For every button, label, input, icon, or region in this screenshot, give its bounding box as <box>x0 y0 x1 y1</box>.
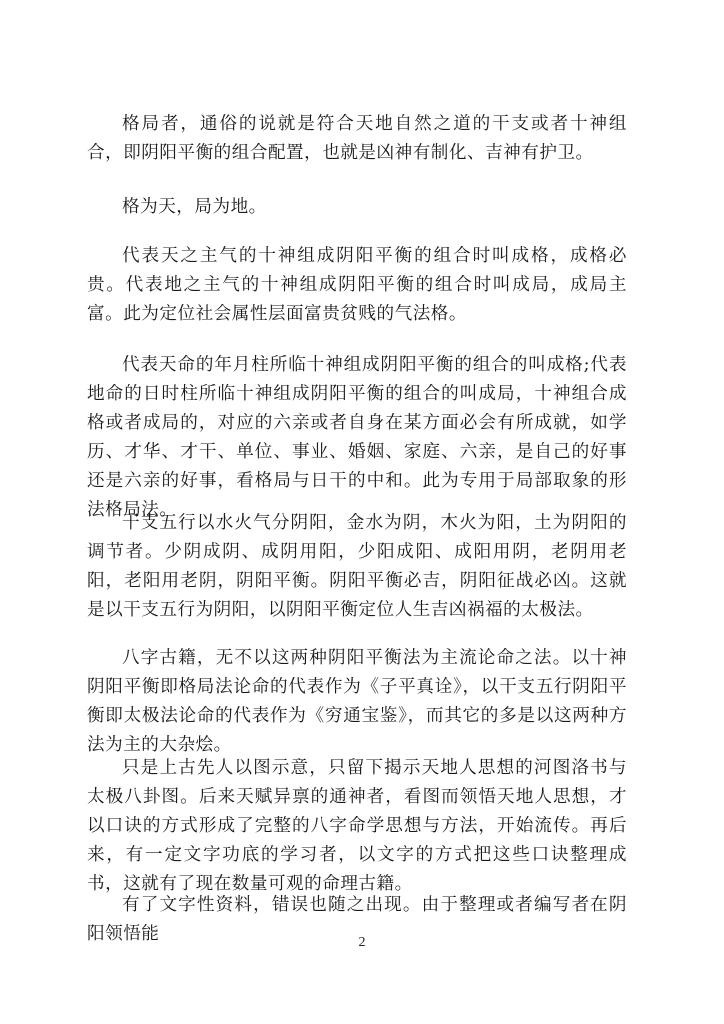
paragraph-1: 格局者，通俗的说就是符合天地自然之道的干支或者十神组合，即阴阳平衡的组合配置，也… <box>87 110 627 168</box>
document-page: 格局者，通俗的说就是符合天地自然之道的干支或者十神组合，即阴阳平衡的组合配置，也… <box>0 0 724 1024</box>
paragraph-4: 代表天命的年月柱所临十神组成阴阳平衡的组合的叫成格;代表地命的日时柱所临十神组成… <box>87 351 627 525</box>
paragraph-7: 只是上古先人以图示意，只留下揭示天地人思想的河图洛书与太极八卦图。后来天赋异禀的… <box>87 754 627 899</box>
paragraph-2: 格为天，局为地。 <box>87 193 627 222</box>
paragraph-5: 干支五行以水火气分阴阳，金水为阴，木火为阳，土为阴阳的调节者。少阴成阴、成阴用阳… <box>87 509 627 625</box>
page-number: 2 <box>0 935 724 951</box>
paragraph-6: 八字古籍，无不以这两种阴阳平衡法为主流论命之法。以十神阴阳平衡即格局法论命的代表… <box>87 644 627 760</box>
paragraph-3: 代表天之主气的十神组成阴阳平衡的组合时叫成格，成格必贵。代表地之主气的十神组成阴… <box>87 242 627 329</box>
